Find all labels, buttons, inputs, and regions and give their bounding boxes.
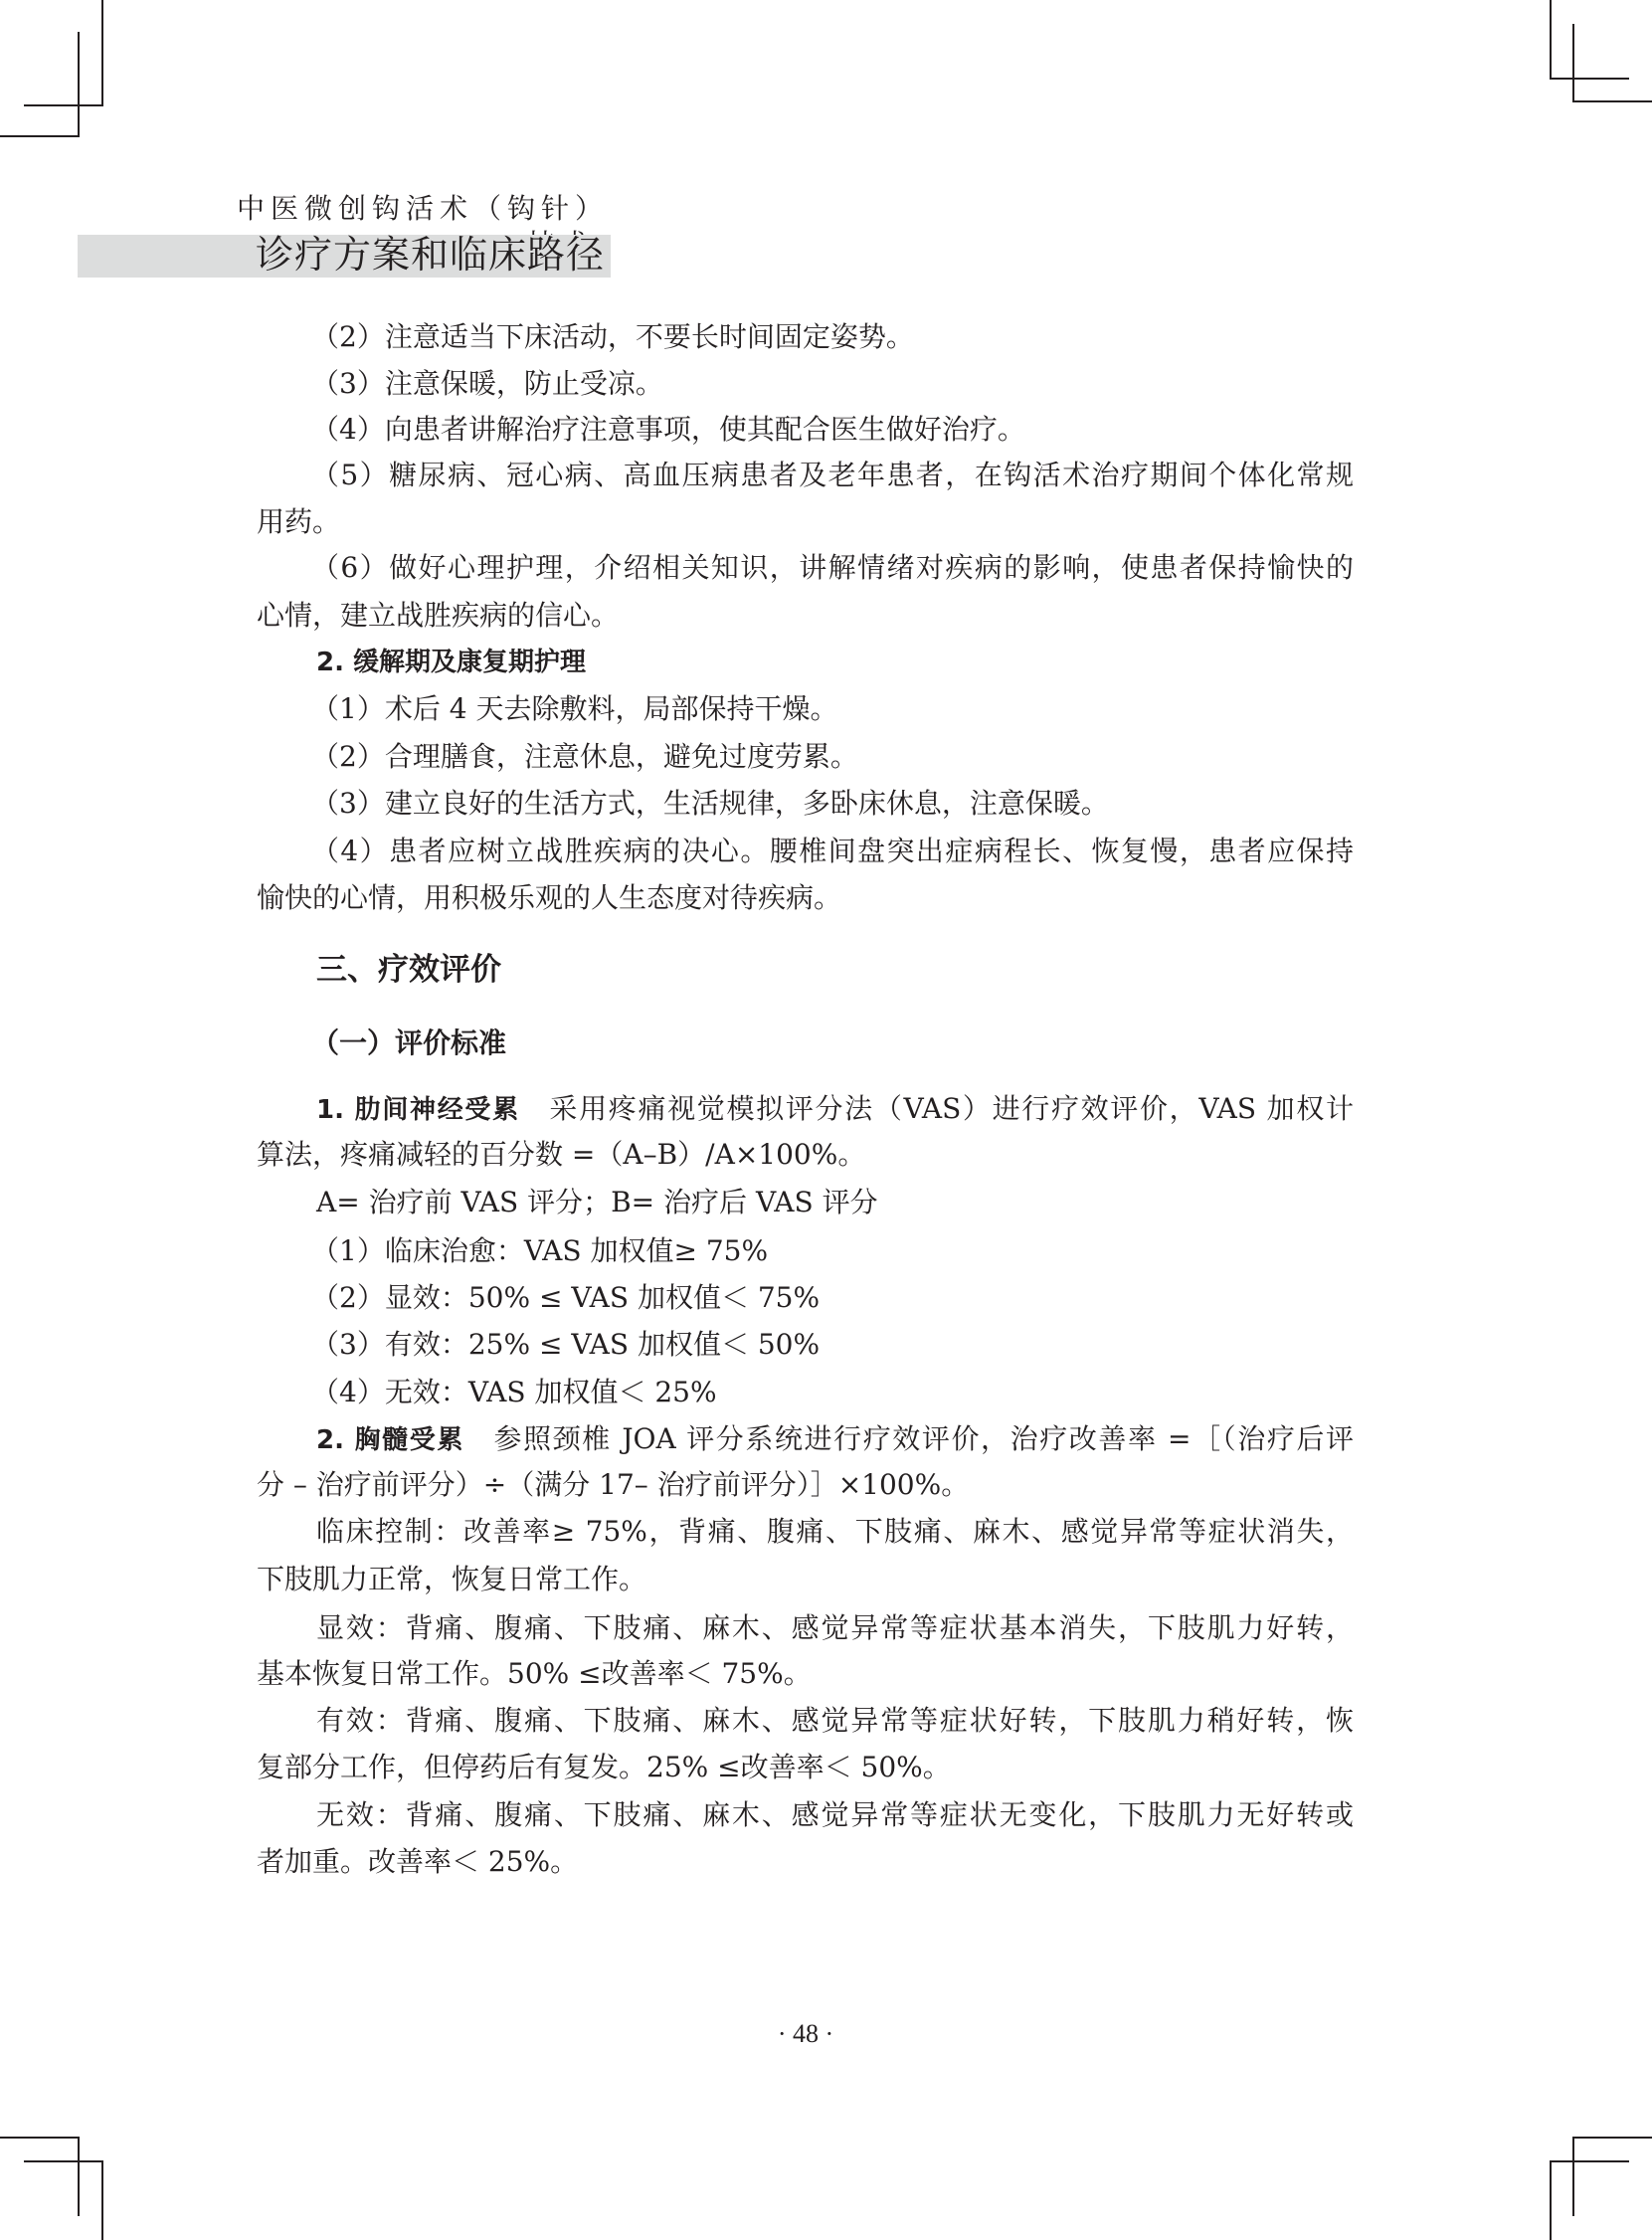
item-text: 糖尿病、冠心病、高血压病患者及老年患者，在钩活术治疗期间个体化常规 (389, 459, 1354, 491)
recovery-item: （4）患者应树立战胜疾病的决心。腰椎间盘突出症病程长、恢复慢，患者应保持 (311, 832, 1354, 871)
nursing-item: （3）注意保暖，防止受凉。 (311, 364, 1354, 404)
item-label: （3） (311, 1328, 385, 1361)
crop-mark-top-left-h1 (24, 104, 103, 106)
crop-mark-bottom-left-v2 (101, 2160, 103, 2240)
criteria-term: 2. 胸髓受累 (316, 1425, 464, 1455)
item-label: （2） (311, 740, 385, 773)
nursing-item: （4）向患者讲解治疗注意事项，使其配合医生做好治疗。 (311, 410, 1354, 450)
vas-criterion: （1）临床治愈：VAS 加权值≥ 75% (311, 1231, 1354, 1271)
crop-mark-top-right-h2 (1572, 100, 1652, 102)
item-text: 做好心理护理，介绍相关知识，讲解情绪对疾病的影响，使患者保持愉快的 (389, 551, 1354, 584)
criteria-definition: A= 治疗前 VAS 评分；B= 治疗后 VAS 评分 (316, 1183, 1359, 1222)
item-label: （1） (311, 692, 385, 725)
criteria-continuation: 分 – 治疗前评分）÷（满分 17– 治疗前评分）］×100%。 (257, 1465, 1354, 1505)
crop-mark-top-right-v2 (1572, 24, 1574, 102)
subsection-heading: （一）评价标准 (311, 1024, 1354, 1063)
item-label: （5） (311, 459, 389, 491)
item-text: 有效：25% ≤ VAS 加权值＜ 50% (385, 1328, 820, 1361)
crop-mark-top-left-v1 (101, 0, 103, 106)
crop-mark-bottom-right-h2 (1550, 2160, 1629, 2162)
crop-mark-bottom-right-h1 (1572, 2137, 1652, 2139)
crop-mark-bottom-right-v1 (1572, 2137, 1574, 2216)
crop-mark-top-left-h2 (0, 135, 80, 137)
item-text: 向患者讲解治疗注意事项，使其配合医生做好治疗。 (385, 413, 1025, 446)
criteria-text: 参照颈椎 JOA 评分系统进行疗效评价，治疗改善率 =［（治疗后评 (492, 1422, 1354, 1455)
criteria-text: 采用疼痛视觉模拟评分法（VAS）进行疗效评价，VAS 加权计 (548, 1092, 1354, 1125)
nursing-item-continuation: 心情，建立战胜疾病的信心。 (257, 596, 1354, 636)
item-text: 无效：VAS 加权值＜ 25% (385, 1376, 717, 1408)
joa-criterion-continuation: 下肢肌力正常，恢复日常工作。 (257, 1560, 1354, 1599)
joa-criterion: 无效：背痛、腹痛、下肢痛、麻木、感觉异常等症状无变化，下肢肌力无好转或 (316, 1795, 1354, 1835)
crop-mark-bottom-left-v1 (78, 2137, 80, 2216)
item-text: 术后 4 天去除敷料，局部保持干燥。 (385, 692, 838, 725)
subsection-heading: 2. 缓解期及康复期护理 (316, 643, 1359, 682)
crop-mark-top-right-v1 (1550, 0, 1552, 80)
item-label: （1） (311, 1234, 385, 1267)
item-label: （2） (311, 1281, 385, 1314)
criteria-paragraph: 1. 肋间神经受累采用疼痛视觉模拟评分法（VAS）进行疗效评价，VAS 加权计 (316, 1089, 1354, 1129)
item-text: 患者应树立战胜疾病的决心。腰椎间盘突出症病程长、恢复慢，患者应保持 (389, 835, 1354, 867)
nursing-item: （5）糖尿病、冠心病、高血压病患者及老年患者，在钩活术治疗期间个体化常规 (311, 456, 1354, 495)
item-text: 注意保暖，防止受凉。 (385, 367, 663, 400)
item-label: （2） (311, 320, 385, 353)
section-heading: 三、疗效评价 (316, 950, 1359, 990)
crop-mark-bottom-left-h2 (24, 2160, 103, 2162)
item-label: （4） (311, 835, 389, 867)
item-label: （3） (311, 787, 385, 820)
recovery-item: （2）合理膳食，注意休息，避免过度劳累。 (311, 737, 1354, 777)
joa-criterion-continuation: 复部分工作，但停药后有复发。25% ≤改善率＜ 50%。 (257, 1748, 1354, 1787)
item-label: （4） (311, 413, 385, 446)
joa-criterion-continuation: 基本恢复日常工作。50% ≤改善率＜ 75%。 (257, 1654, 1354, 1694)
vas-criterion: （2）显效：50% ≤ VAS 加权值＜ 75% (311, 1278, 1354, 1318)
joa-criterion-continuation: 者加重。改善率＜ 25%。 (257, 1842, 1354, 1882)
vas-criterion: （4）无效：VAS 加权值＜ 25% (311, 1373, 1354, 1412)
item-text: 显效：50% ≤ VAS 加权值＜ 75% (385, 1281, 820, 1314)
criteria-term: 1. 肋间神经受累 (316, 1095, 520, 1125)
nursing-item-continuation: 用药。 (257, 502, 1354, 542)
item-text: 注意适当下床活动，不要长时间固定姿势。 (385, 320, 914, 353)
joa-criterion: 临床控制：改善率≥ 75%，背痛、腹痛、下肢痛、麻木、感觉异常等症状消失， (316, 1512, 1354, 1552)
recovery-item: （1）术后 4 天去除敷料，局部保持干燥。 (311, 689, 1354, 729)
criteria-continuation: 算法，疼痛减轻的百分数 =（A–B）/A×100%。 (257, 1135, 1354, 1175)
crop-mark-bottom-right-v2 (1550, 2160, 1552, 2240)
joa-criterion: 有效：背痛、腹痛、下肢痛、麻木、感觉异常等症状好转，下肢肌力稍好转，恢 (316, 1701, 1354, 1741)
item-label: （4） (311, 1376, 385, 1408)
item-text: 合理膳食，注意休息，避免过度劳累。 (385, 740, 858, 773)
nursing-item: （2）注意适当下床活动，不要长时间固定姿势。 (311, 317, 1354, 357)
nursing-item: （6）做好心理护理，介绍相关知识，讲解情绪对疾病的影响，使患者保持愉快的 (311, 548, 1354, 588)
item-label: （3） (311, 367, 385, 400)
joa-criterion: 显效：背痛、腹痛、下肢痛、麻木、感觉异常等症状基本消失，下肢肌力好转， (316, 1608, 1354, 1648)
recovery-item-continuation: 愉快的心情，用积极乐观的人生态度对待疾病。 (257, 878, 1354, 918)
vas-criterion: （3）有效：25% ≤ VAS 加权值＜ 50% (311, 1325, 1354, 1365)
crop-mark-bottom-left-h1 (0, 2137, 80, 2139)
criteria-paragraph: 2. 胸髓受累参照颈椎 JOA 评分系统进行疗效评价，治疗改善率 =［（治疗后评 (316, 1419, 1354, 1459)
crop-mark-top-left-v2 (78, 32, 80, 137)
item-text: 建立良好的生活方式，生活规律，多卧床休息，注意保暖。 (385, 787, 1109, 820)
item-label: （6） (311, 551, 389, 584)
item-text: 临床治愈：VAS 加权值≥ 75% (385, 1234, 768, 1267)
crop-mark-top-right-h1 (1550, 78, 1629, 80)
running-header-book-title: 诊疗方案和临床路径 (78, 231, 605, 279)
recovery-item: （3）建立良好的生活方式，生活规律，多卧床休息，注意保暖。 (311, 784, 1354, 824)
page-number: · 48 · (726, 2017, 885, 2051)
